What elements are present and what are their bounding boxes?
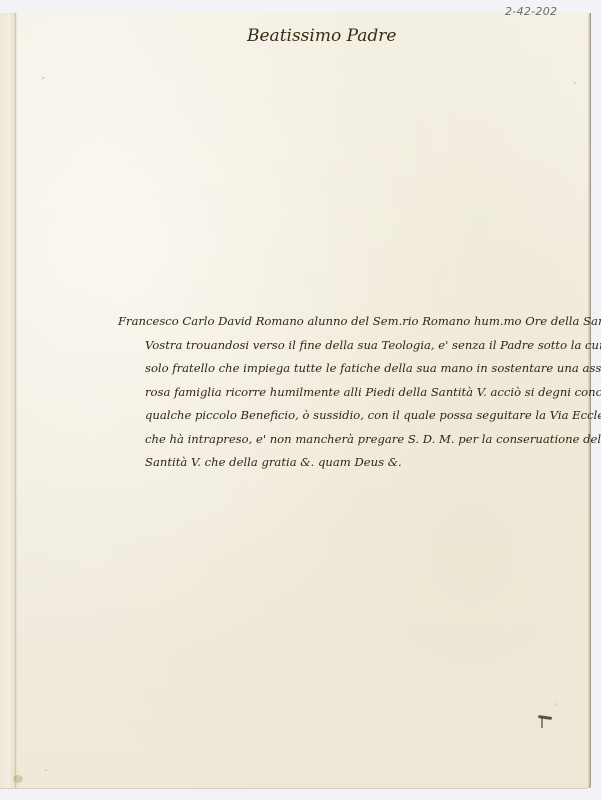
letter-body: Francesco Carlo David Romano alunno del …: [118, 310, 588, 475]
letter-line: che hà intrapreso, e' non mancherà prega…: [118, 428, 588, 452]
paper-speck: [555, 703, 558, 706]
paper-stain: [13, 775, 23, 783]
archive-number: 2-42-202: [505, 5, 557, 18]
letter-line: rosa famiglia ricorre humilmente alli Pi…: [118, 381, 588, 405]
letter-line: solo fratello che impiega tutte le fatic…: [118, 357, 588, 381]
manuscript-scan: 2-42-202 Beatissimo Padre Francesco Carl…: [0, 0, 601, 800]
ink-mark: [541, 716, 543, 728]
letter-line: Vostra trouandosi verso il fine della su…: [118, 334, 588, 358]
salutation: Beatissimo Padre: [247, 26, 396, 46]
letter-line: Santità V. che della gratia &. quam Deus…: [118, 451, 588, 475]
paper-speck: [45, 769, 47, 771]
letter-line: Francesco Carlo David Romano alunno del …: [118, 310, 588, 334]
folded-left-edge: [0, 13, 16, 788]
paper-speck: [43, 77, 45, 79]
fold-shadow: [15, 13, 18, 788]
paper-speck: [574, 82, 576, 84]
letter-line: qualche piccolo Beneficio, ò sussidio, c…: [118, 404, 588, 428]
